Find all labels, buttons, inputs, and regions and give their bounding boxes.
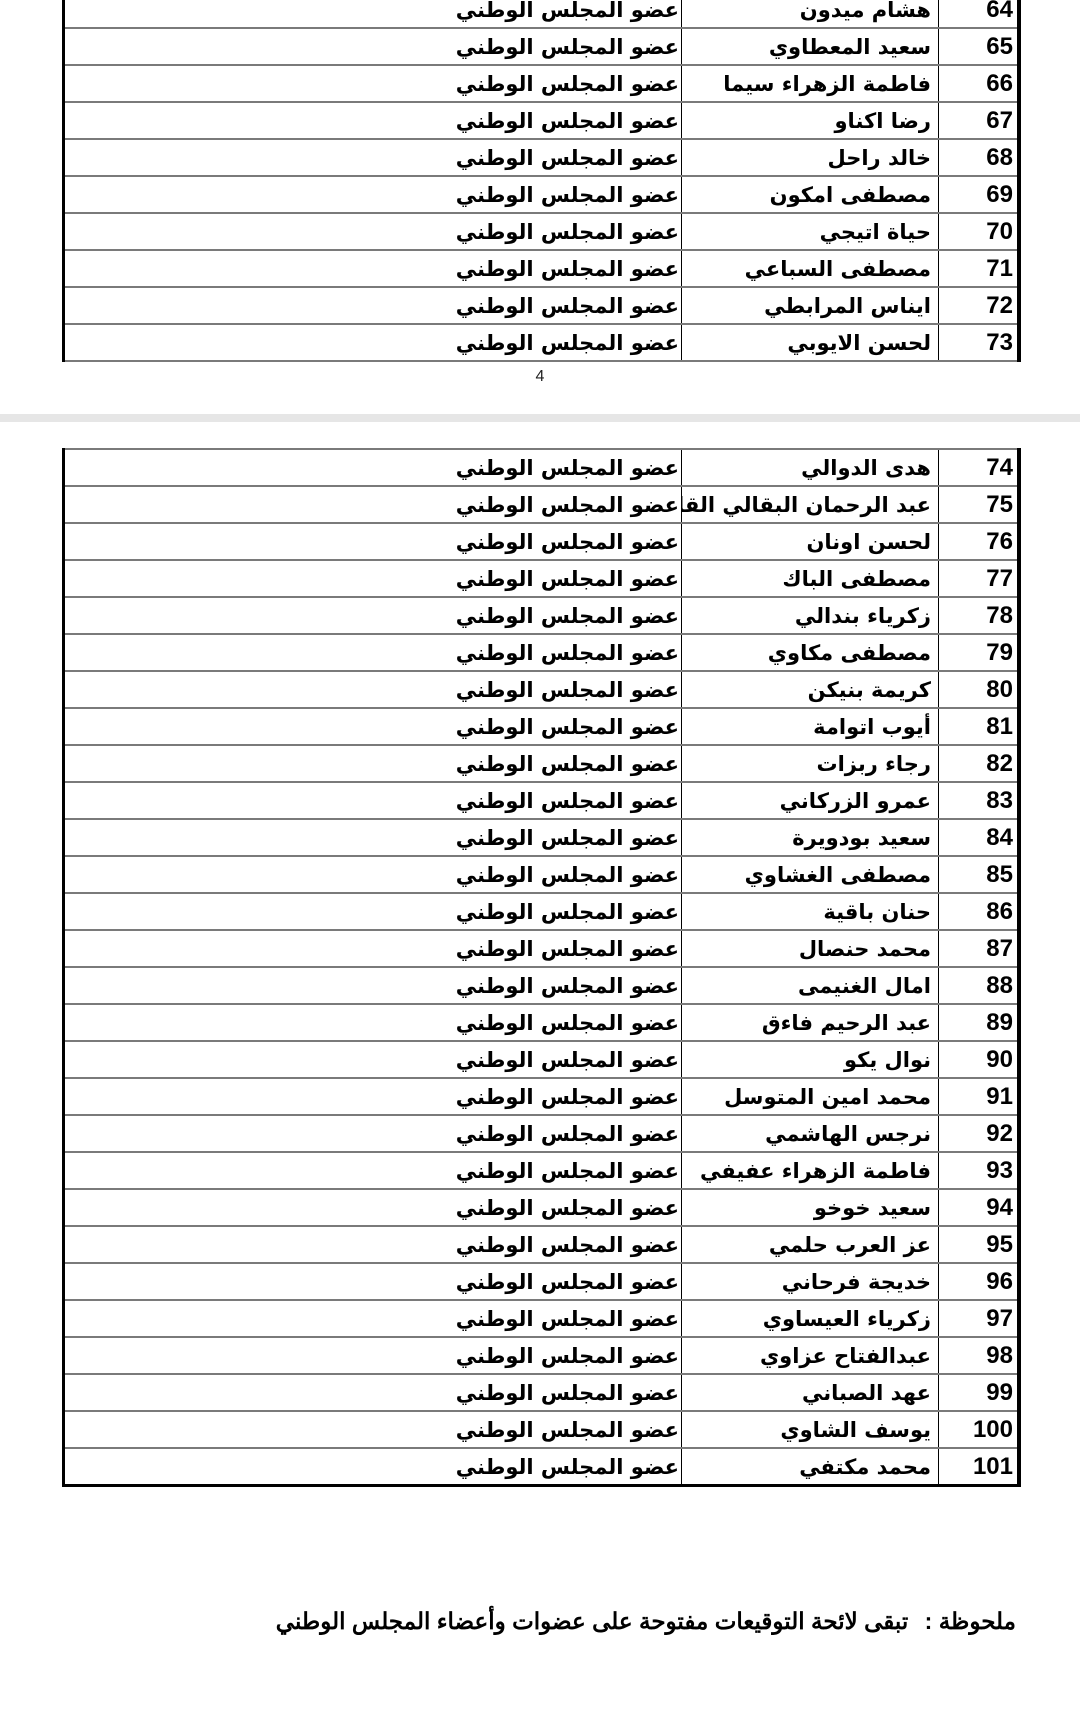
number-cell: 70 [939, 213, 1020, 250]
row-number: 79 [986, 639, 1017, 667]
number-cell: 73 [939, 324, 1020, 361]
role-cell: عضو المجلس الوطني [64, 745, 682, 782]
number-cell: 93 [939, 1152, 1020, 1189]
member-name: سعيد بودويرة [792, 826, 938, 850]
row-number: 89 [986, 1009, 1017, 1037]
row-number: 90 [986, 1046, 1017, 1074]
table-row: عضو المجلس الوطنيمصطفى السباعي71 [64, 250, 1020, 287]
row-number: 91 [986, 1083, 1017, 1111]
table-body: عضو المجلس الوطنيهشام ميدون64 عضو المجلس… [64, 0, 1020, 361]
role-cell: عضو المجلس الوطني [64, 1115, 682, 1152]
row-number: 69 [986, 181, 1017, 209]
role-cell: عضو المجلس الوطني [64, 250, 682, 287]
member-role: عضو المجلس الوطني [456, 257, 681, 281]
row-number: 77 [986, 565, 1017, 593]
name-cell: نرجس الهاشمي [682, 1115, 939, 1152]
name-cell: زكرياء العيساوي [682, 1300, 939, 1337]
role-cell: عضو المجلس الوطني [64, 139, 682, 176]
number-cell: 79 [939, 634, 1020, 671]
member-name: هدى الدوالي [801, 456, 938, 480]
member-role: عضو المجلس الوطني [456, 567, 681, 591]
number-cell: 89 [939, 1004, 1020, 1041]
member-name: نوال يكو [844, 1048, 938, 1072]
member-role: عضو المجلس الوطني [456, 900, 681, 924]
table-row: عضو المجلس الوطنيمصطفى امكون69 [64, 176, 1020, 213]
number-cell: 92 [939, 1115, 1020, 1152]
name-cell: رضا اكناو [682, 102, 939, 139]
role-cell: عضو المجلس الوطني [64, 819, 682, 856]
table-row: عضو المجلس الوطنيهشام ميدون64 [64, 0, 1020, 28]
member-role: عضو المجلس الوطني [456, 35, 681, 59]
member-name: خديجة فرحاني [782, 1270, 938, 1294]
table-body: عضو المجلس الوطنيهدى الدوالي74 عضو المجل… [64, 449, 1020, 1486]
member-role: عضو المجلس الوطني [456, 1122, 681, 1146]
member-name: رجاء ربزات [817, 752, 939, 776]
number-cell: 77 [939, 560, 1020, 597]
name-cell: فاطمة الزهراء سيما [682, 65, 939, 102]
member-name: محمد امين المتوسل [724, 1085, 938, 1109]
role-cell: عضو المجلس الوطني [64, 523, 682, 560]
row-number: 94 [986, 1194, 1017, 1222]
name-cell: فاطمة الزهراء عفيفي [682, 1152, 939, 1189]
role-cell: عضو المجلس الوطني [64, 486, 682, 523]
footnote: ملحوظة : تبقى لائحة التوقيعات مفتوحة على… [276, 1608, 1016, 1635]
number-cell: 74 [939, 449, 1020, 486]
table-row: عضو المجلس الوطنيكريمة بنيكن80 [64, 671, 1020, 708]
number-cell: 98 [939, 1337, 1020, 1374]
role-cell: عضو المجلس الوطني [64, 1411, 682, 1448]
role-cell: عضو المجلس الوطني [64, 324, 682, 361]
number-cell: 83 [939, 782, 1020, 819]
member-name: فاطمة الزهراء عفيفي [700, 1159, 938, 1183]
name-cell: نوال يكو [682, 1041, 939, 1078]
member-name: يوسف الشاوي [780, 1418, 938, 1442]
number-cell: 100 [939, 1411, 1020, 1448]
name-cell: كريمة بنيكن [682, 671, 939, 708]
role-cell: عضو المجلس الوطني [64, 1263, 682, 1300]
table-row: عضو المجلس الوطنيزكرياء بندالي78 [64, 597, 1020, 634]
member-role: عضو المجلس الوطني [456, 1381, 681, 1405]
member-name: عبد الرحمان البقالي القاسمي [682, 493, 939, 517]
member-role: عضو المجلس الوطني [456, 1233, 681, 1257]
row-number: 64 [986, 0, 1017, 24]
name-cell: عز العرب حلمي [682, 1226, 939, 1263]
row-number: 98 [986, 1342, 1017, 1370]
number-cell: 72 [939, 287, 1020, 324]
role-cell: عضو المجلس الوطني [64, 1152, 682, 1189]
role-cell: عضو المجلس الوطني [64, 287, 682, 324]
row-number: 65 [986, 33, 1017, 61]
row-number: 80 [986, 676, 1017, 704]
row-number: 74 [986, 454, 1017, 482]
row-number: 86 [986, 898, 1017, 926]
number-cell: 95 [939, 1226, 1020, 1263]
member-name: امال الغنيمى [798, 974, 938, 998]
member-name: مصطفى امكون [770, 183, 938, 207]
role-cell: عضو المجلس الوطني [64, 782, 682, 819]
table-row: عضو المجلس الوطنيفاطمة الزهراء عفيفي93 [64, 1152, 1020, 1189]
member-role: عضو المجلس الوطني [456, 678, 681, 702]
number-cell: 81 [939, 708, 1020, 745]
row-number: 81 [986, 713, 1017, 741]
number-cell: 85 [939, 856, 1020, 893]
row-number: 96 [986, 1268, 1017, 1296]
row-number: 67 [986, 107, 1017, 135]
member-role: عضو المجلس الوطني [456, 220, 681, 244]
member-name: محمد حنصال [799, 937, 938, 961]
name-cell: حياة اتيجي [682, 213, 939, 250]
member-name: أيوب اتوامة [813, 715, 938, 739]
table-row: عضو المجلس الوطنييوسف الشاوي100 [64, 1411, 1020, 1448]
table-row: عضو المجلس الوطنيفاطمة الزهراء سيما66 [64, 65, 1020, 102]
number-cell: 94 [939, 1189, 1020, 1226]
name-cell: مصطفى السباعي [682, 250, 939, 287]
number-cell: 99 [939, 1374, 1020, 1411]
role-cell: عضو المجلس الوطني [64, 449, 682, 486]
member-role: عضو المجلس الوطني [456, 1270, 681, 1294]
role-cell: عضو المجلس الوطني [64, 176, 682, 213]
table-row: عضو المجلس الوطنيلحسن اونان76 [64, 523, 1020, 560]
table-row: عضو المجلس الوطنيأيوب اتوامة81 [64, 708, 1020, 745]
member-name: حنان باقية [823, 900, 938, 924]
member-name: حياة اتيجي [820, 220, 938, 244]
member-role: عضو المجلس الوطني [456, 1159, 681, 1183]
row-number: 68 [986, 144, 1017, 172]
table-row: عضو المجلس الوطنيرضا اكناو67 [64, 102, 1020, 139]
row-number: 75 [986, 491, 1017, 519]
table-row: عضو المجلس الوطنيرجاء ربزات82 [64, 745, 1020, 782]
member-name: مصطفى السباعي [745, 257, 938, 281]
row-number: 76 [986, 528, 1017, 556]
row-number: 70 [986, 218, 1017, 246]
name-cell: ايناس المرابطي [682, 287, 939, 324]
table-row: عضو المجلس الوطنيعبد الرحيم فاءق89 [64, 1004, 1020, 1041]
name-cell: عبد الرحيم فاءق [682, 1004, 939, 1041]
number-cell: 82 [939, 745, 1020, 782]
member-name: مصطفى الباك [782, 567, 938, 591]
number-cell: 69 [939, 176, 1020, 213]
role-cell: عضو المجلس الوطني [64, 1041, 682, 1078]
member-role: عضو المجلس الوطني [456, 493, 681, 517]
signatories-table-page-5: عضو المجلس الوطنيهدى الدوالي74 عضو المجل… [62, 448, 1021, 1487]
member-role: عضو المجلس الوطني [456, 826, 681, 850]
table-row: عضو المجلس الوطنينرجس الهاشمي92 [64, 1115, 1020, 1152]
member-name: لحسن الايوبي [787, 331, 938, 355]
name-cell: يوسف الشاوي [682, 1411, 939, 1448]
number-cell: 78 [939, 597, 1020, 634]
table-row: عضو المجلس الوطنيعبد الرحمان البقالي الق… [64, 486, 1020, 523]
role-cell: عضو المجلس الوطني [64, 65, 682, 102]
name-cell: محمد حنصال [682, 930, 939, 967]
member-name: عبد الرحيم فاءق [762, 1011, 938, 1035]
member-role: عضو المجلس الوطني [456, 72, 681, 96]
page-number: 4 [532, 368, 548, 386]
row-number: 92 [986, 1120, 1017, 1148]
table-row: عضو المجلس الوطنيايناس المرابطي72 [64, 287, 1020, 324]
member-role: عضو المجلس الوطني [456, 294, 681, 318]
member-role: عضو المجلس الوطني [456, 1307, 681, 1331]
table-row: عضو المجلس الوطنيمحمد حنصال87 [64, 930, 1020, 967]
member-name: عمرو الزركاني [780, 789, 938, 813]
name-cell: هدى الدوالي [682, 449, 939, 486]
name-cell: محمد مكتفي [682, 1448, 939, 1486]
member-role: عضو المجلس الوطني [456, 1048, 681, 1072]
number-cell: 64 [939, 0, 1020, 28]
member-name: رضا اكناو [835, 109, 939, 133]
member-name: عبدالفتاح عزاوي [760, 1344, 938, 1368]
table-row: عضو المجلس الوطنيعز العرب حلمي95 [64, 1226, 1020, 1263]
row-number: 82 [986, 750, 1017, 778]
table-row: عضو المجلس الوطنيمصطفى الباك77 [64, 560, 1020, 597]
member-role: عضو المجلس الوطني [456, 789, 681, 813]
role-cell: عضو المجلس الوطني [64, 708, 682, 745]
table-row: عضو المجلس الوطنيسعيد خوخو94 [64, 1189, 1020, 1226]
name-cell: عبدالفتاح عزاوي [682, 1337, 939, 1374]
name-cell: مصطفى الغشاوي [682, 856, 939, 893]
member-role: عضو المجلس الوطني [456, 863, 681, 887]
name-cell: رجاء ربزات [682, 745, 939, 782]
member-role: عضو المجلس الوطني [456, 530, 681, 554]
role-cell: عضو المجلس الوطني [64, 28, 682, 65]
member-name: ايناس المرابطي [764, 294, 938, 318]
name-cell: امال الغنيمى [682, 967, 939, 1004]
row-number: 88 [986, 972, 1017, 1000]
role-cell: عضو المجلس الوطني [64, 1078, 682, 1115]
member-role: عضو المجلس الوطني [456, 183, 681, 207]
role-cell: عضو المجلس الوطني [64, 634, 682, 671]
member-role: عضو المجلس الوطني [456, 1011, 681, 1035]
member-name: مصطفى مكاوي [768, 641, 938, 665]
row-number: 85 [986, 861, 1017, 889]
member-role: عضو المجلس الوطني [456, 146, 681, 170]
role-cell: عضو المجلس الوطني [64, 560, 682, 597]
member-role: عضو المجلس الوطني [456, 937, 681, 961]
member-name: سعيد المعطاوي [769, 35, 938, 59]
member-role: عضو المجلس الوطني [456, 715, 681, 739]
role-cell: عضو المجلس الوطني [64, 1448, 682, 1486]
role-cell: عضو المجلس الوطني [64, 1300, 682, 1337]
member-role: عضو المجلس الوطني [456, 974, 681, 998]
member-name: هشام ميدون [800, 0, 938, 22]
member-name: فاطمة الزهراء سيما [723, 72, 938, 96]
row-number: 83 [986, 787, 1017, 815]
table-row: عضو المجلس الوطنيعهد الصباني99 [64, 1374, 1020, 1411]
member-role: عضو المجلس الوطني [456, 752, 681, 776]
number-cell: 75 [939, 486, 1020, 523]
member-name: عز العرب حلمي [769, 1233, 938, 1257]
member-name: زكرياء بندالي [795, 604, 938, 628]
table-row: عضو المجلس الوطنيلحسن الايوبي73 [64, 324, 1020, 361]
table-row: عضو المجلس الوطنيزكرياء العيساوي97 [64, 1300, 1020, 1337]
table-row: عضو المجلس الوطنيسعيد بودويرة84 [64, 819, 1020, 856]
name-cell: سعيد بودويرة [682, 819, 939, 856]
member-name: محمد مكتفي [799, 1455, 938, 1479]
role-cell: عضو المجلس الوطني [64, 967, 682, 1004]
table-row: عضو المجلس الوطنيخالد راحل68 [64, 139, 1020, 176]
member-name: زكرياء العيساوي [763, 1307, 938, 1331]
name-cell: أيوب اتوامة [682, 708, 939, 745]
row-number: 72 [986, 292, 1017, 320]
table-row: عضو المجلس الوطنيحياة اتيجي70 [64, 213, 1020, 250]
member-role: عضو المجلس الوطني [456, 641, 681, 665]
number-cell: 68 [939, 139, 1020, 176]
row-number: 100 [973, 1416, 1017, 1444]
role-cell: عضو المجلس الوطني [64, 930, 682, 967]
member-name: خالد راحل [827, 146, 938, 170]
name-cell: مصطفى مكاوي [682, 634, 939, 671]
name-cell: خالد راحل [682, 139, 939, 176]
row-number: 78 [986, 602, 1017, 630]
member-role: عضو المجلس الوطني [456, 604, 681, 628]
table-row: عضو المجلس الوطنيخديجة فرحاني96 [64, 1263, 1020, 1300]
member-role: عضو المجلس الوطني [456, 1455, 681, 1479]
table-row: عضو المجلس الوطنيعبدالفتاح عزاوي98 [64, 1337, 1020, 1374]
role-cell: عضو المجلس الوطني [64, 1337, 682, 1374]
table-row: عضو المجلس الوطنيمصطفى مكاوي79 [64, 634, 1020, 671]
number-cell: 66 [939, 65, 1020, 102]
row-number: 97 [986, 1305, 1017, 1333]
number-cell: 97 [939, 1300, 1020, 1337]
role-cell: عضو المجلس الوطني [64, 893, 682, 930]
name-cell: سعيد المعطاوي [682, 28, 939, 65]
number-cell: 80 [939, 671, 1020, 708]
number-cell: 96 [939, 1263, 1020, 1300]
row-number: 99 [986, 1379, 1017, 1407]
role-cell: عضو المجلس الوطني [64, 213, 682, 250]
member-name: سعيد خوخو [814, 1196, 938, 1220]
table-row: عضو المجلس الوطنيمصطفى الغشاوي85 [64, 856, 1020, 893]
page-separator [0, 414, 1080, 422]
name-cell: لحسن اونان [682, 523, 939, 560]
role-cell: عضو المجلس الوطني [64, 671, 682, 708]
role-cell: عضو المجلس الوطني [64, 0, 682, 28]
member-role: عضو المجلس الوطني [456, 456, 681, 480]
number-cell: 90 [939, 1041, 1020, 1078]
member-role: عضو المجلس الوطني [456, 0, 681, 22]
table-row: عضو المجلس الوطنيحنان باقية86 [64, 893, 1020, 930]
number-cell: 87 [939, 930, 1020, 967]
row-number: 101 [973, 1453, 1017, 1481]
table-row: عضو المجلس الوطنيهدى الدوالي74 [64, 449, 1020, 486]
table-row: عضو المجلس الوطنيسعيد المعطاوي65 [64, 28, 1020, 65]
member-role: عضو المجلس الوطني [456, 1344, 681, 1368]
name-cell: مصطفى امكون [682, 176, 939, 213]
member-name: كريمة بنيكن [808, 678, 938, 702]
role-cell: عضو المجلس الوطني [64, 1226, 682, 1263]
row-number: 71 [986, 255, 1017, 283]
signatories-table-page-4: عضو المجلس الوطنيهشام ميدون64 عضو المجلس… [62, 0, 1021, 362]
number-cell: 67 [939, 102, 1020, 139]
name-cell: لحسن الايوبي [682, 324, 939, 361]
number-cell: 86 [939, 893, 1020, 930]
table-row: عضو المجلس الوطنيعمرو الزركاني83 [64, 782, 1020, 819]
name-cell: عبد الرحمان البقالي القاسمي [682, 486, 939, 523]
member-name: نرجس الهاشمي [765, 1122, 938, 1146]
role-cell: عضو المجلس الوطني [64, 1374, 682, 1411]
number-cell: 84 [939, 819, 1020, 856]
role-cell: عضو المجلس الوطني [64, 1189, 682, 1226]
member-role: عضو المجلس الوطني [456, 109, 681, 133]
note-label: ملحوظة : [925, 1608, 1016, 1634]
member-name: لحسن اونان [806, 530, 938, 554]
table-row: عضو المجلس الوطنيامال الغنيمى88 [64, 967, 1020, 1004]
member-name: عهد الصباني [802, 1381, 938, 1405]
role-cell: عضو المجلس الوطني [64, 597, 682, 634]
role-cell: عضو المجلس الوطني [64, 856, 682, 893]
role-cell: عضو المجلس الوطني [64, 102, 682, 139]
table-row: عضو المجلس الوطنينوال يكو90 [64, 1041, 1020, 1078]
member-name: مصطفى الغشاوي [745, 863, 938, 887]
name-cell: هشام ميدون [682, 0, 939, 28]
member-role: عضو المجلس الوطني [456, 1418, 681, 1442]
number-cell: 101 [939, 1448, 1020, 1486]
number-cell: 91 [939, 1078, 1020, 1115]
name-cell: سعيد خوخو [682, 1189, 939, 1226]
name-cell: مصطفى الباك [682, 560, 939, 597]
note-text: تبقى لائحة التوقيعات مفتوحة على عضوات وأ… [276, 1608, 908, 1634]
name-cell: زكرياء بندالي [682, 597, 939, 634]
row-number: 84 [986, 824, 1017, 852]
table-row: عضو المجلس الوطنيمحمد امين المتوسل91 [64, 1078, 1020, 1115]
number-cell: 71 [939, 250, 1020, 287]
row-number: 95 [986, 1231, 1017, 1259]
number-cell: 88 [939, 967, 1020, 1004]
name-cell: عهد الصباني [682, 1374, 939, 1411]
row-number: 87 [986, 935, 1017, 963]
number-cell: 76 [939, 523, 1020, 560]
table-row: عضو المجلس الوطنيمحمد مكتفي101 [64, 1448, 1020, 1486]
name-cell: حنان باقية [682, 893, 939, 930]
member-role: عضو المجلس الوطني [456, 1085, 681, 1109]
member-role: عضو المجلس الوطني [456, 331, 681, 355]
name-cell: عمرو الزركاني [682, 782, 939, 819]
member-role: عضو المجلس الوطني [456, 1196, 681, 1220]
row-number: 66 [986, 70, 1017, 98]
number-cell: 65 [939, 28, 1020, 65]
row-number: 73 [986, 329, 1017, 357]
role-cell: عضو المجلس الوطني [64, 1004, 682, 1041]
row-number: 93 [986, 1157, 1017, 1185]
name-cell: محمد امين المتوسل [682, 1078, 939, 1115]
name-cell: خديجة فرحاني [682, 1263, 939, 1300]
